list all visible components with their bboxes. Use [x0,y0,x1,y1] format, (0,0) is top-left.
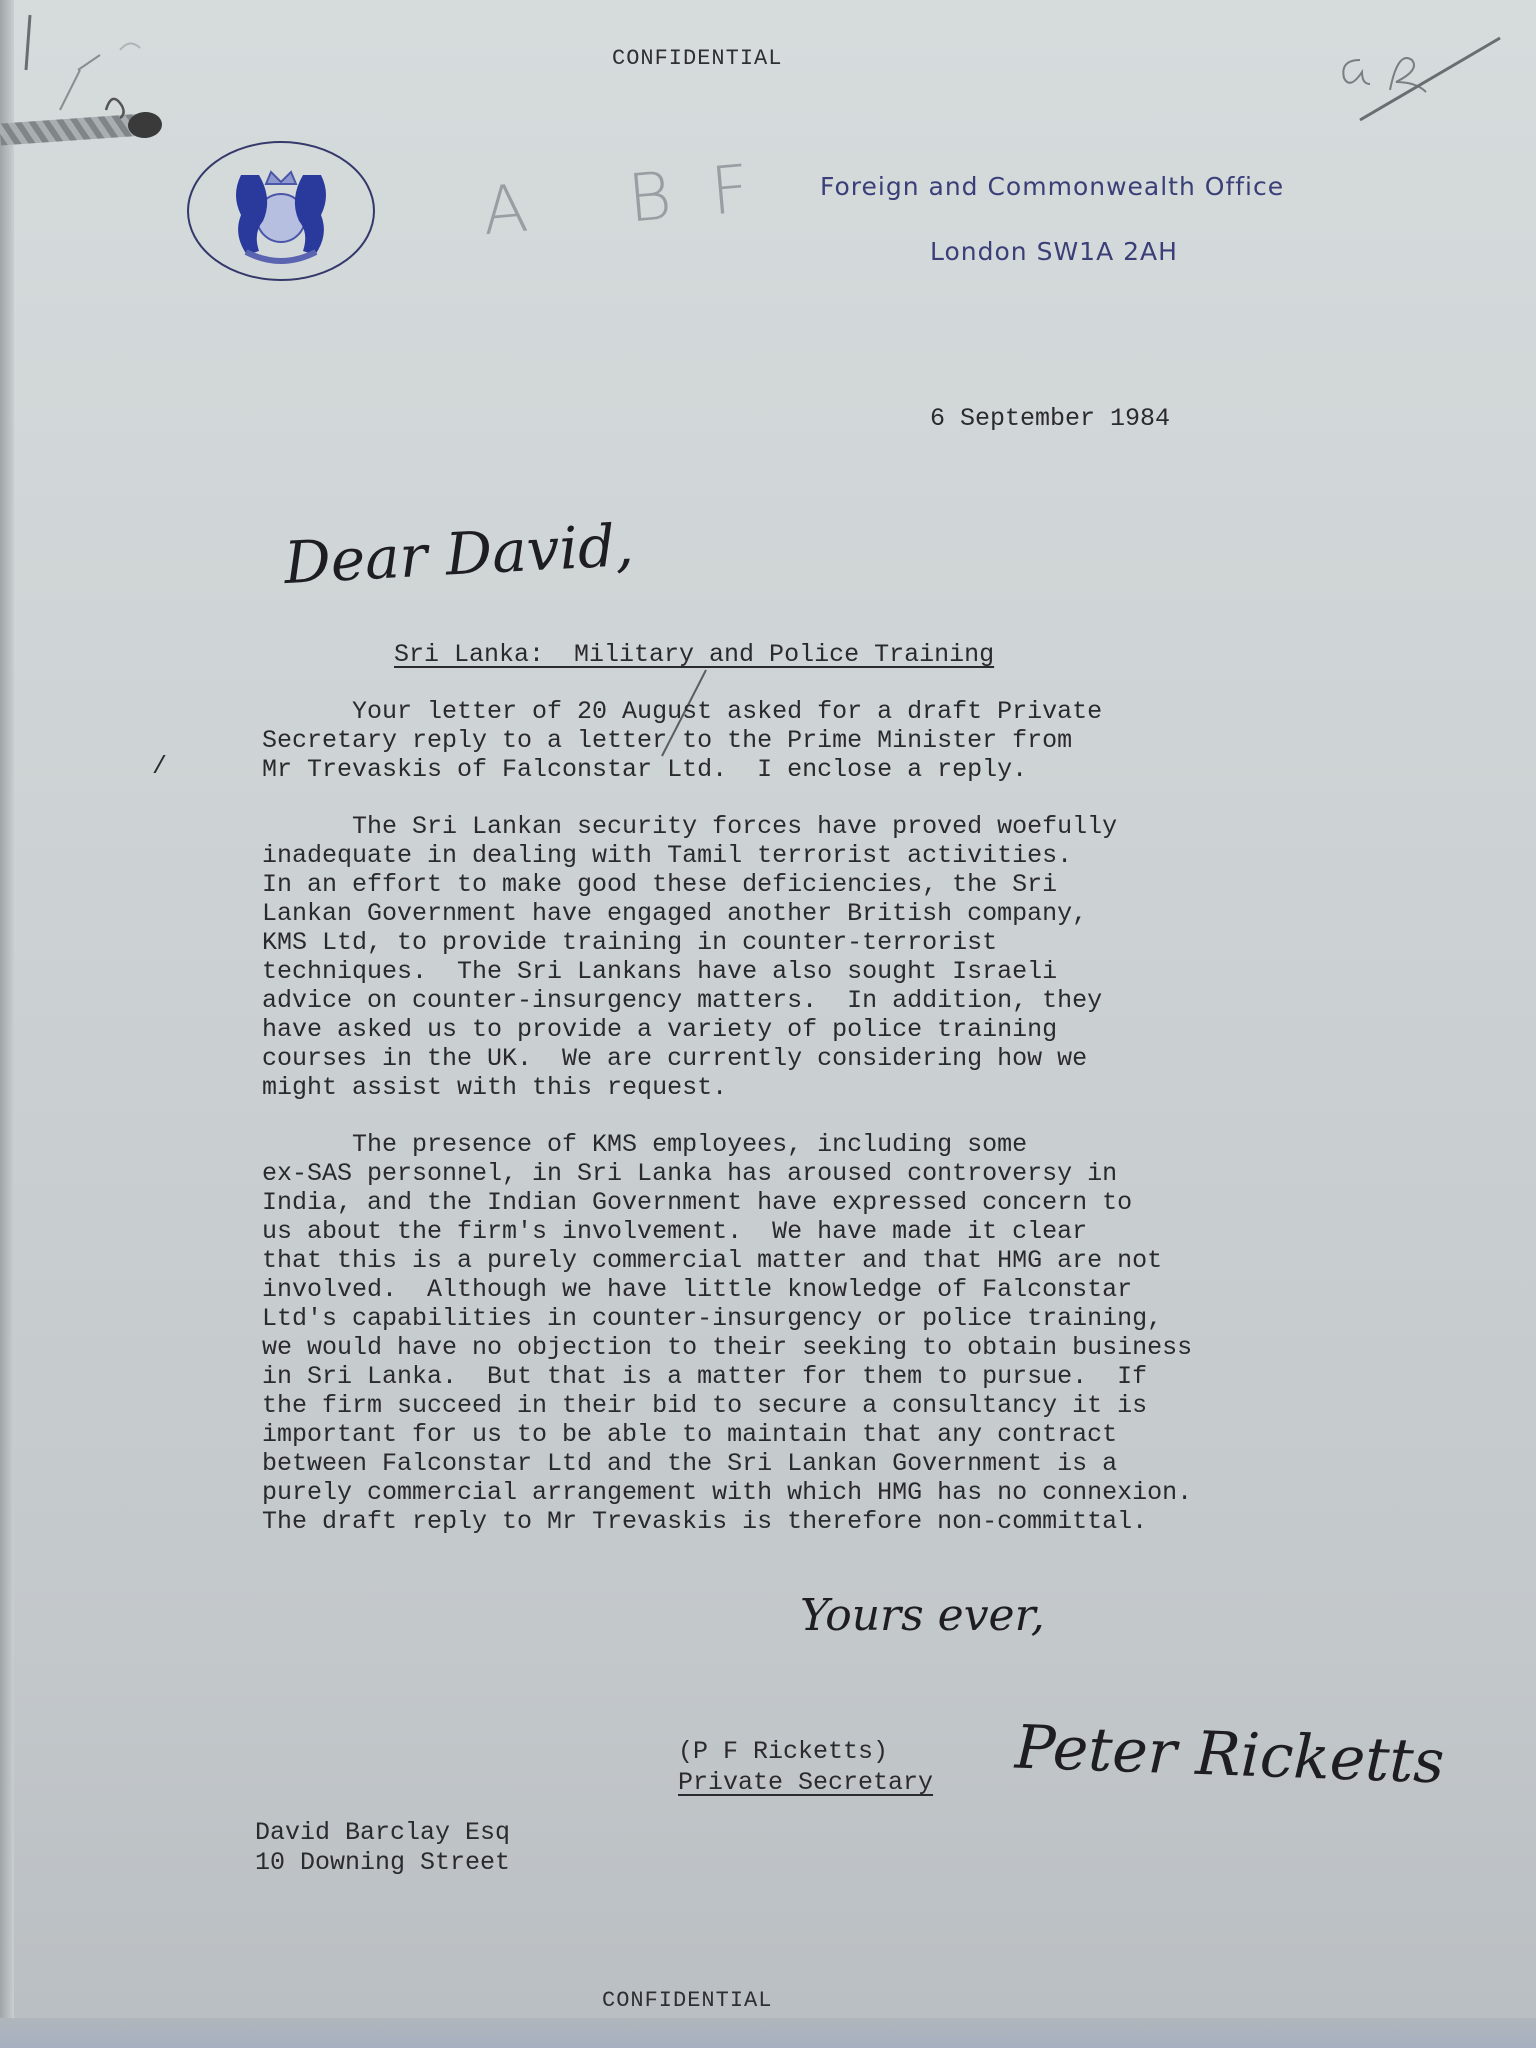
handwritten-signature: Peter Ricketts [1014,1713,1446,1798]
page-edge [0,0,14,2048]
text-line: us about the firm's involvement. We have… [262,1217,1442,1246]
classification-header: CONFIDENTIAL [612,46,782,71]
recipient-address: 10 Downing Street [255,1848,510,1877]
recipient-name: David Barclay Esq [255,1818,510,1847]
text-line: The draft reply to Mr Trevaskis is there… [262,1507,1442,1536]
organisation-name: Foreign and Commonwealth Office [820,172,1284,201]
text-line: the firm succeed in their bid to secure … [262,1391,1442,1420]
signatory-name: (P F Ricketts) [678,1737,888,1766]
text-line: important for us to be able to maintain … [262,1420,1442,1449]
text-line: techniques. The Sri Lankans have also so… [262,957,1442,986]
organisation-address: London SW1A 2AH [930,237,1178,266]
pencil-scribble-icon [20,10,160,120]
text-line: we would have no objection to their seek… [262,1333,1442,1362]
text-line: in Sri Lanka. But that is a matter for t… [262,1362,1442,1391]
paragraph-1: Your letter of 20 August asked for a dra… [262,697,1442,784]
text-line: might assist with this request. [262,1073,1442,1102]
text-line: advice on counter-insurgency matters. In… [262,986,1442,1015]
text-line: In an effort to make good these deficien… [262,870,1442,899]
text-line: Lankan Government have engaged another B… [262,899,1442,928]
pencil-annotation: A BF [479,147,792,250]
text-line: The presence of KMS employees, including… [262,1130,1442,1159]
text-line: Mr Trevaskis of Falconstar Ltd. I enclos… [262,755,1442,784]
handwritten-salutation: Dear David, [282,511,635,597]
handwritten-valediction: Yours ever, [800,1590,1045,1641]
text-line: KMS Ltd, to provide training in counter-… [262,928,1442,957]
text-line: inadequate in dealing with Tamil terrori… [262,841,1442,870]
text-line: Secretary reply to a letter to the Prime… [262,726,1442,755]
text-line: ex-SAS personnel, in Sri Lanka has arous… [262,1159,1442,1188]
page-bottom-edge [0,2018,1536,2048]
paragraph-2: The Sri Lankan security forces have prov… [262,812,1442,1102]
text-line: between Falconstar Ltd and the Sri Lanka… [262,1449,1442,1478]
text-line: involved. Although we have little knowle… [262,1275,1442,1304]
initials-annotation-icon [1330,20,1510,130]
text-line: Your letter of 20 August asked for a dra… [262,697,1442,726]
paragraph-3: The presence of KMS employees, including… [262,1130,1442,1536]
margin-mark: / [152,752,167,781]
text-line: courses in the UK. We are currently cons… [262,1044,1442,1073]
text-line: that this is a purely commercial matter … [262,1246,1442,1275]
letter-date: 6 September 1984 [930,404,1170,433]
royal-crest-icon [186,140,376,280]
text-line: have asked us to provide a variety of po… [262,1015,1442,1044]
text-line: purely commercial arrangement with which… [262,1478,1442,1507]
classification-footer: CONFIDENTIAL [602,1988,772,2013]
text-line: The Sri Lankan security forces have prov… [262,812,1442,841]
text-line: India, and the Indian Government have ex… [262,1188,1442,1217]
signatory-title: Private Secretary [678,1768,933,1797]
text-line: Ltd's capabilities in counter-insurgency… [262,1304,1442,1333]
